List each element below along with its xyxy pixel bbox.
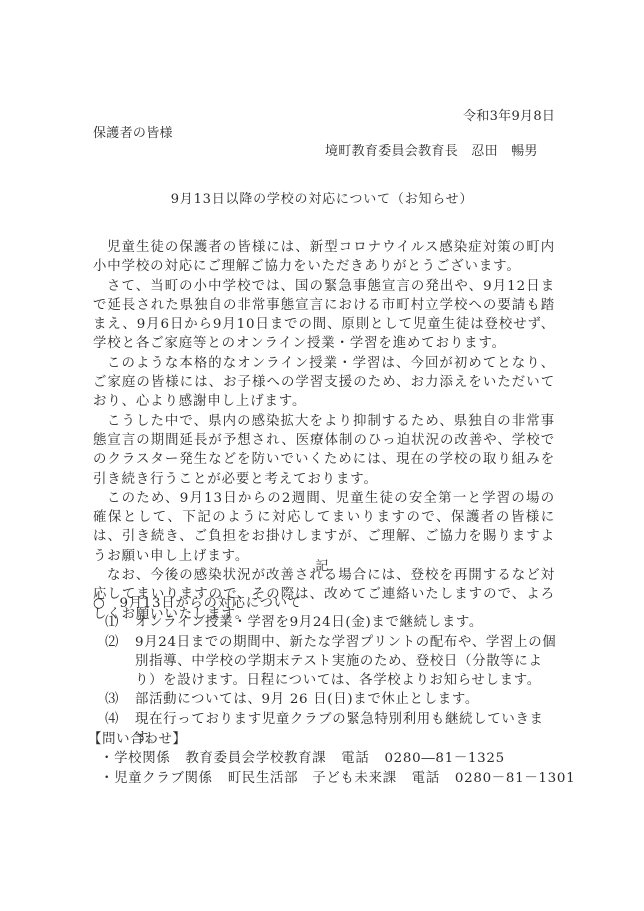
contact-line: ・学校関係 教育委員会学校教育課 電話 0280―81－1325	[88, 749, 585, 768]
measures-list: ○ 9月13日からの対応について ⑴ オンライン授業・学習を9月24日(金)まで…	[93, 594, 563, 748]
ki-marker: 記	[0, 558, 644, 576]
item-number: ⑵	[105, 633, 119, 652]
phone-label: 電話	[341, 751, 369, 766]
measures-heading: ○ 9月13日からの対応について	[93, 594, 563, 613]
contact-category: ・学校関係	[100, 751, 170, 766]
list-item: ⑴ オンライン授業・学習を9月24日(金)まで継続します。	[105, 613, 563, 632]
document-title: 9月13日以降の学校の対応について（お知らせ）	[0, 191, 644, 209]
item-number: ⑶	[105, 690, 119, 709]
phone-label: 電話	[412, 771, 440, 786]
item-number: ⑷	[105, 710, 119, 729]
notice-document: 令和3年9月8日 保護者の皆様 境町教育委員会教育長 忍田 暢男 9月13日以降…	[0, 0, 644, 911]
contact-category: ・児童クラブ関係	[100, 771, 213, 786]
contact-section: 【問い合わせ】 ・学校関係 教育委員会学校教育課 電話 0280―81－1325…	[88, 730, 585, 788]
paragraph: こうした中で、県内の感染拡大をより抑制するため、県独自の非常事態宣言の期間延長が…	[93, 412, 555, 489]
item-number: ⑴	[105, 613, 119, 632]
paragraph: さて、当町の小中学校では、国の緊急事態宣言の発出や、9月12日まで延長された県独…	[93, 277, 555, 354]
item-text: 9月24日までの期間中、新たな学習プリントの配布や、学習上の個別指導、中学校の学…	[135, 635, 556, 689]
paragraph: このような本格的なオンライン授業・学習は、今回が初めてとなり、ご家庭の皆様には、…	[93, 354, 555, 412]
item-text: オンライン授業・学習を9月24日(金)まで継続します。	[135, 615, 483, 630]
contact-heading: 【問い合わせ】	[88, 730, 585, 749]
paragraph: このため、9月13日からの2週間、児童生徒の安全第一と学習の場の確保として、下記…	[93, 489, 555, 566]
contact-line: ・児童クラブ関係 町民生活部 子ども未来課 電話 0280－81－1301	[88, 769, 585, 788]
contact-department: 教育委員会学校教育課	[185, 751, 326, 766]
list-item: ⑶ 部活動については、9月 26 日(日)まで休止とします。	[105, 690, 563, 709]
signature: 境町教育委員会教育長 忍田 暢男	[325, 143, 538, 161]
salutation: 保護者の皆様	[93, 125, 173, 143]
contact-department: 町民生活部 子ども未来課	[228, 771, 397, 786]
phone-number: 0280－81－1301	[455, 771, 575, 786]
item-text: 部活動については、9月 26 日(日)まで休止とします。	[135, 692, 479, 707]
phone-number: 0280―81－1325	[384, 751, 504, 766]
document-date: 令和3年9月8日	[463, 108, 555, 126]
list-item: ⑵ 9月24日までの期間中、新たな学習プリントの配布や、学習上の個別指導、中学校…	[105, 633, 563, 691]
paragraph: 児童生徒の保護者の皆様には、新型コロナウイルス感染症対策の町内小中学校の対応にご…	[93, 238, 555, 277]
